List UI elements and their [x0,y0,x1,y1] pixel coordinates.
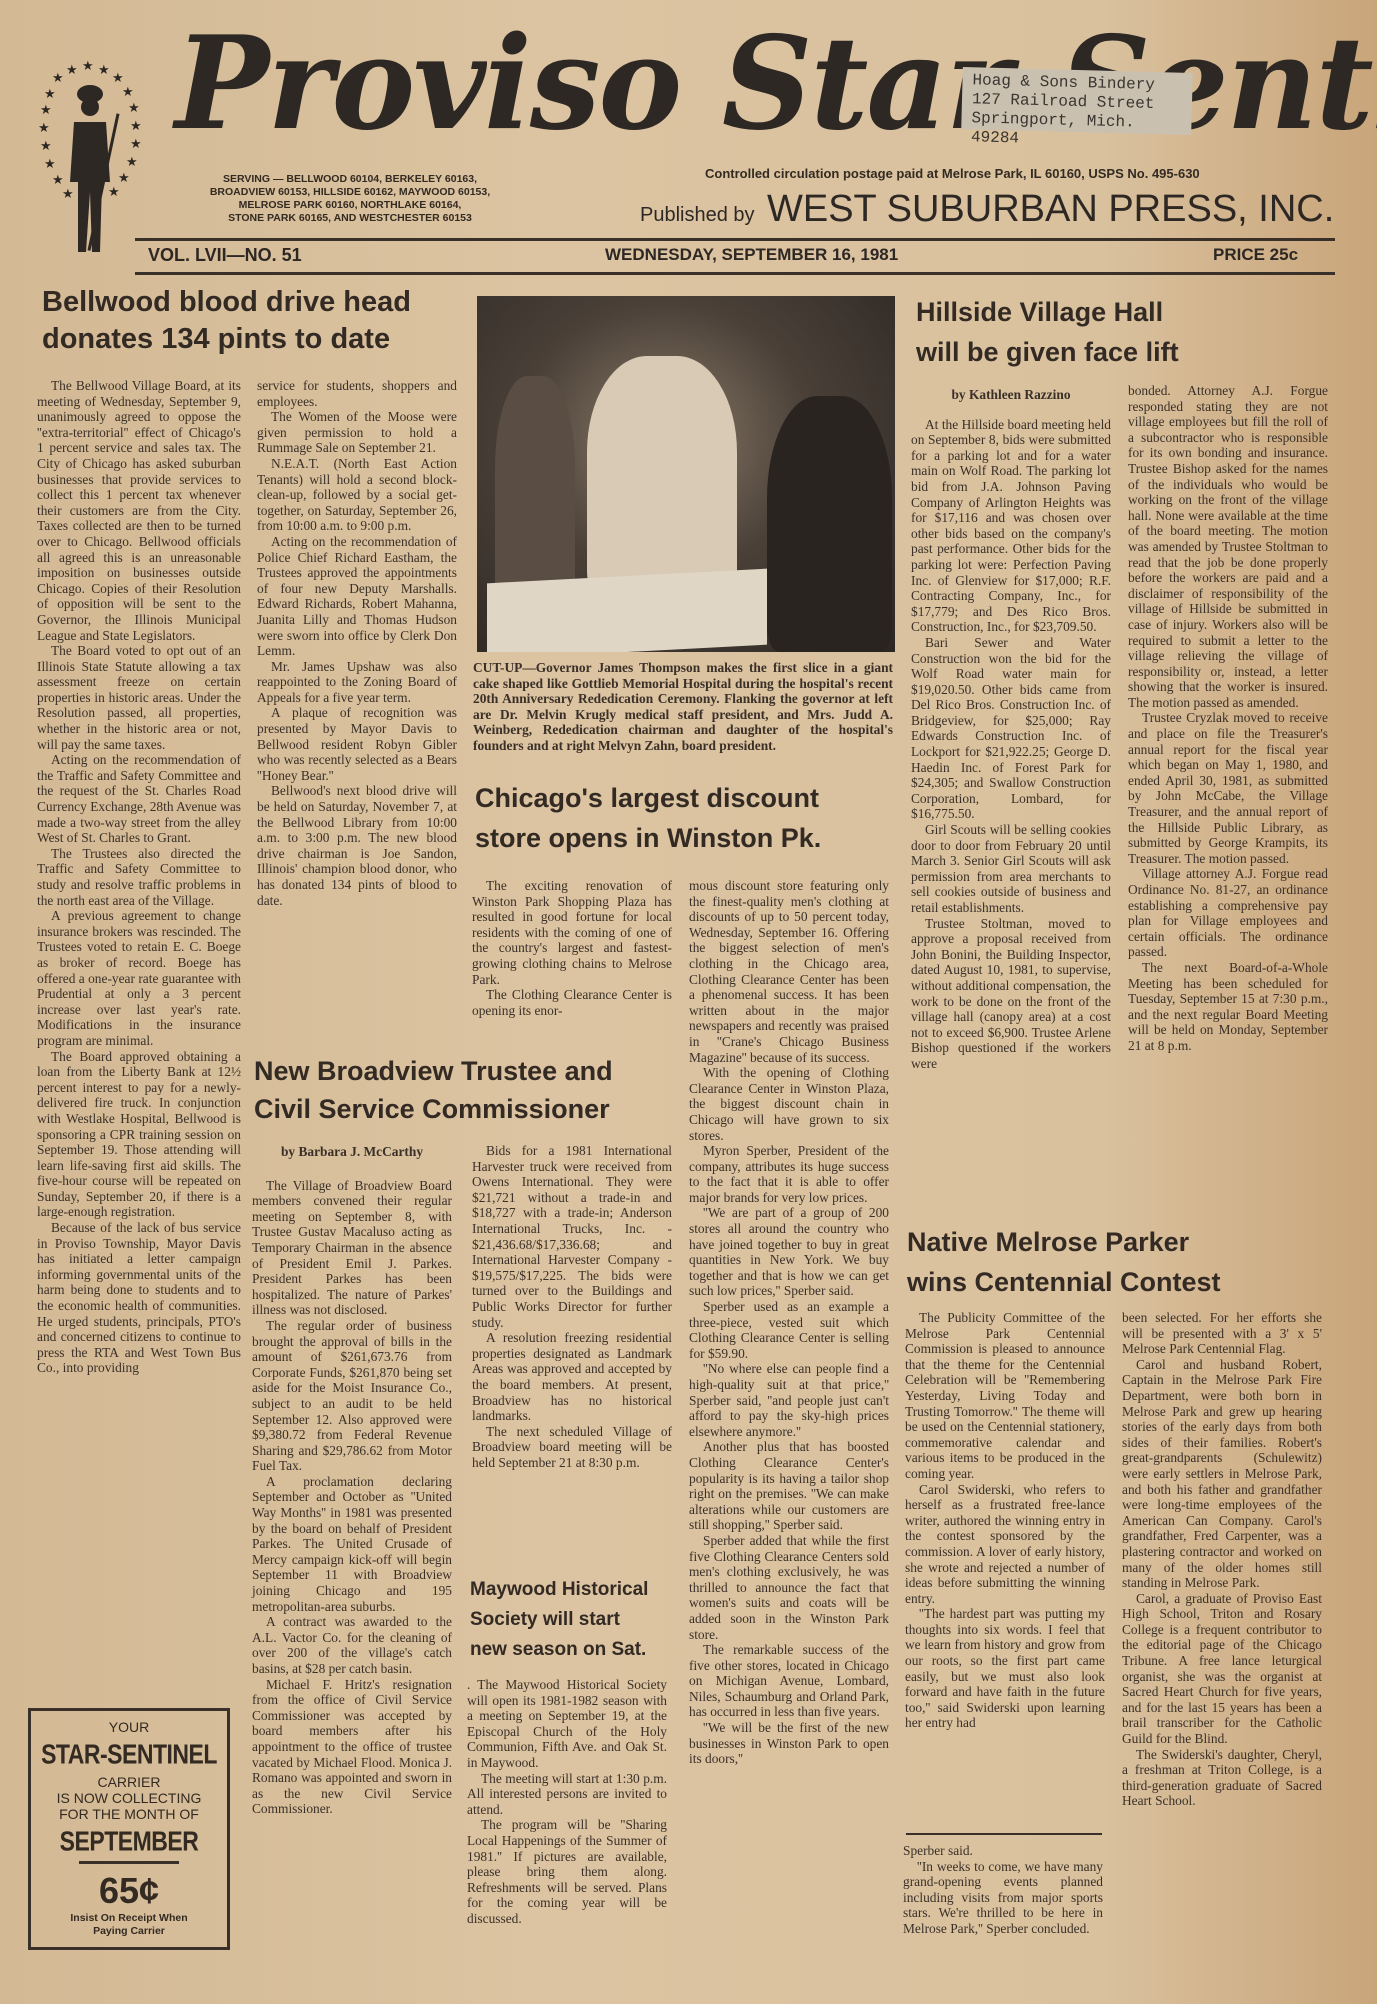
paragraph: Sperber used as an example a three-piece… [689,1299,889,1361]
ad-note: Paying Carrier [31,1925,227,1938]
ad-month: SEPTEMBER [31,1825,227,1857]
broadview-column-2: Bids for a 1981 International Harvester … [472,1143,672,1470]
paragraph: been selected. For her efforts she will … [1122,1310,1322,1357]
svg-text:★: ★ [82,58,94,73]
paragraph: Village attorney A.J. Forgue read Ordina… [1128,866,1328,960]
headline-line: will be given face lift [916,332,1179,372]
paragraph: Girl Scouts will be selling cookies door… [911,822,1111,916]
publisher-name: WEST SUBURBAN PRESS, INC. [767,188,1334,230]
broadview-byline: by Barbara J. McCarthy [252,1144,452,1160]
svg-text:★: ★ [98,62,110,77]
svg-text:★: ★ [44,86,56,101]
bellwood-column-2: service for students, shoppers and emplo… [257,378,457,908]
headline-line: donates 134 pints to date [42,321,411,358]
headline-line: Native Melrose Parker [907,1222,1221,1262]
svg-text:★: ★ [40,102,52,117]
paragraph: The Trustees also directed the Traffic a… [37,846,241,908]
volume-number: VOL. LVII—NO. 51 [148,245,302,266]
label-line: Springport, Mich. 49284 [971,109,1182,152]
melrose-column-2: been selected. For her efforts she will … [1122,1310,1322,1809]
headline-line: Society will start [470,1605,648,1635]
svg-text:★: ★ [40,138,52,153]
photo-figure-governor [587,356,737,596]
serving-line: BROADVIEW 60153, HILLSIDE 60162, MAYWOOD… [180,186,520,199]
published-by-label: Published by [640,204,755,226]
bellwood-column-1: The Bellwood Village Board, at its meeti… [37,378,241,1376]
paragraph: A plaque of recognition was presented by… [257,705,457,783]
masthead-rule-top [135,238,1335,241]
broadview-column-1: by Barbara J. McCarthy The Village of Br… [252,1140,452,1817]
svg-text:★: ★ [38,120,50,135]
paragraph: The next Board-of-a-Whole Meeting has be… [1128,960,1328,1054]
paragraph: A previous agreement to change insurance… [37,908,241,1048]
svg-text:★: ★ [130,118,142,133]
paragraph: The meeting will start at 1:30 p.m. All … [467,1771,667,1818]
paragraph: Carol, a graduate of Proviso East High S… [1122,1591,1322,1747]
paragraph: Michael F. Hritz's resignation from the … [252,1677,452,1817]
paragraph: The remarkable success of the five other… [689,1642,889,1720]
serving-line: MELROSE PARK 60160, NORTHLAKE 60164, [180,199,520,212]
paragraph: The Board voted to opt out of an Illinoi… [37,643,241,752]
headline-line: store opens in Winston Pk. [475,818,821,858]
paragraph: Carol and husband Robert, Captain in the… [1122,1357,1322,1591]
hillside-column-2: bonded. Attorney A.J. Forgue responded s… [1128,383,1328,1054]
ad-text: CARRIER [31,1774,227,1790]
paragraph: bonded. Attorney A.J. Forgue responded s… [1128,383,1328,710]
headline-line: Chicago's largest discount [475,778,821,818]
mailing-label: Hoag & Sons Bindery 127 Railroad Street … [961,67,1193,135]
paragraph: mous discount store featuring only the f… [689,878,889,1065]
paragraph: Trustee Stoltman, moved to approve a pro… [911,916,1111,1072]
photo-cake [487,569,767,652]
paragraph: The regular order of business brought th… [252,1318,452,1474]
ad-note: Insist On Receipt When [31,1912,227,1925]
carrier-collection-ad: YOUR STAR-SENTINEL CARRIER IS NOW COLLEC… [28,1708,230,1950]
issue-date: WEDNESDAY, SEPTEMBER 16, 1981 [605,245,898,265]
newspaper-page: ★★★ ★★★ ★★★ ★★★ ★★★ ★★★ ★ Proviso Star-S… [0,0,1377,2004]
ad-text: IS NOW COLLECTING [31,1790,227,1806]
paragraph: service for students, shoppers and emplo… [257,378,457,409]
svg-text:★: ★ [108,184,120,199]
paragraph: Trustee Cryzlak moved to receive and pla… [1128,710,1328,866]
maywood-column: . The Maywood Historical Society will op… [467,1677,667,1927]
paragraph: Because of the lack of bus service in Pr… [37,1220,241,1376]
paragraph: The Bellwood Village Board, at its meeti… [37,378,241,643]
melrose-headline: Native Melrose Parker wins Centennial Co… [907,1222,1221,1302]
svg-text:★: ★ [52,70,64,85]
discount-store-headline: Chicago's largest discount store opens i… [475,778,821,858]
headline-line: wins Centennial Contest [907,1262,1221,1302]
melrose-column-1: The Publicity Committee of the Melrose P… [905,1310,1105,1731]
svg-text:★: ★ [44,156,56,171]
hillside-column-1: by Kathleen Razzino At the Hillside boar… [911,383,1111,1072]
ad-divider [79,1861,179,1864]
svg-text:★: ★ [62,186,74,201]
maywood-headline: Maywood Historical Society will start ne… [470,1575,648,1665]
paragraph: Bellwood's next blood drive will be held… [257,783,457,908]
paragraph: Sperber said. [903,1843,1103,1859]
headline-line: new season on Sat. [470,1635,648,1665]
paragraph: Sperber added that while the first five … [689,1533,889,1642]
svg-text:★: ★ [130,136,142,151]
photo-figure-left [495,376,575,606]
cake-cutting-photo [477,296,895,652]
newspaper-title: Proviso Star-Sentinel [175,20,1377,148]
serving-line: STONE PARK 60165, AND WESTCHESTER 60153 [180,212,520,225]
headline-line: New Broadview Trustee and [254,1052,613,1090]
bellwood-headline: Bellwood blood drive head donates 134 pi… [42,284,411,358]
ad-price: 65¢ [31,1870,227,1912]
paragraph: A contract was awarded to the A.L. Vacto… [252,1614,452,1676]
svg-text:★: ★ [126,154,138,169]
photo-caption: CUT-UP—Governor James Thompson makes the… [473,660,893,754]
paragraph: Bids for a 1981 International Harvester … [472,1143,672,1330]
svg-text:★: ★ [128,100,140,115]
paragraph: ''We will be the first of the new busine… [689,1720,889,1767]
postage-notice: Controlled circulation postage paid at M… [705,166,1200,181]
svg-text:★: ★ [122,84,134,99]
discount-column-1: The exciting renovation of Winston Park … [472,878,672,1018]
jump-separator [906,1833,1102,1835]
svg-text:★: ★ [66,62,78,77]
paragraph: Carol Swiderski, who refers to herself a… [905,1482,1105,1607]
paragraph: Bari Sewer and Water Construction won th… [911,635,1111,822]
discount-column-2: mous discount store featuring only the f… [689,878,889,1767]
paragraph: With the opening of Clothing Clearance C… [689,1065,889,1143]
paragraph: The Publicity Committee of the Melrose P… [905,1310,1105,1482]
broadview-headline: New Broadview Trustee and Civil Service … [254,1052,613,1128]
publisher-line: Published by WEST SUBURBAN PRESS, INC. [640,188,1334,231]
hillside-byline: by Kathleen Razzino [911,387,1111,403]
paragraph: A resolution freezing residential proper… [472,1330,672,1424]
minuteman-with-stars-icon: ★★★ ★★★ ★★★ ★★★ ★★★ ★★★ ★ [38,52,148,267]
paragraph: Another plus that has boosted Clothing C… [689,1439,889,1533]
paragraph: The Clothing Clearance Center is opening… [472,987,672,1018]
paragraph: Acting on the recommendation of the Traf… [37,752,241,846]
paragraph: The program will be ''Sharing Local Happ… [467,1817,667,1926]
paragraph: The Swiderski's daughter, Cheryl, a fres… [1122,1747,1322,1809]
masthead-rule-bottom [135,272,1335,275]
paragraph: ''We are part of a group of 200 stores a… [689,1205,889,1299]
svg-text:★: ★ [52,172,64,187]
svg-text:★: ★ [118,170,130,185]
paragraph: The Women of the Moose were given permis… [257,409,457,456]
paragraph: At the Hillside board meeting held on Se… [911,417,1111,635]
paragraph: Acting on the recommendation of Police C… [257,534,457,659]
svg-text:★: ★ [112,70,124,85]
hillside-headline: Hillside Village Hall will be given face… [916,292,1179,372]
ad-text: FOR THE MONTH OF [31,1806,227,1822]
headline-line: Bellwood blood drive head [42,284,411,321]
serving-line: SERVING — BELLWOOD 60104, BERKELEY 60163… [180,173,520,186]
ad-text: YOUR [31,1719,227,1735]
paragraph: ''The hardest part was putting my though… [905,1606,1105,1731]
serving-areas: SERVING — BELLWOOD 60104, BERKELEY 60163… [180,173,520,225]
discount-jump-column: Sperber said. ''In weeks to come, we hav… [903,1843,1103,1937]
paragraph: Mr. James Upshaw was also reappointed to… [257,659,457,706]
paragraph: ''In weeks to come, we have many grand-o… [903,1859,1103,1937]
paragraph: The Board approved obtaining a loan from… [37,1049,241,1221]
paragraph: Myron Sperber, President of the company,… [689,1143,889,1205]
paragraph: The next scheduled Village of Broadview … [472,1424,672,1471]
paragraph: The exciting renovation of Winston Park … [472,878,672,987]
headline-line: Hillside Village Hall [916,292,1179,332]
issue-price: PRICE 25c [1213,245,1298,265]
paragraph: A proclamation declaring September and O… [252,1474,452,1614]
headline-line: Civil Service Commissioner [254,1090,613,1128]
paragraph: N.E.A.T. (North East Action Tenants) wil… [257,456,457,534]
photo-figure-right [767,396,892,652]
paragraph: . The Maywood Historical Society will op… [467,1677,667,1771]
ad-heading: STAR-SENTINEL [31,1738,227,1770]
headline-line: Maywood Historical [470,1575,648,1605]
paragraph: The Village of Broadview Board members c… [252,1178,452,1318]
paragraph: ''No where else can people find a high-q… [689,1361,889,1439]
